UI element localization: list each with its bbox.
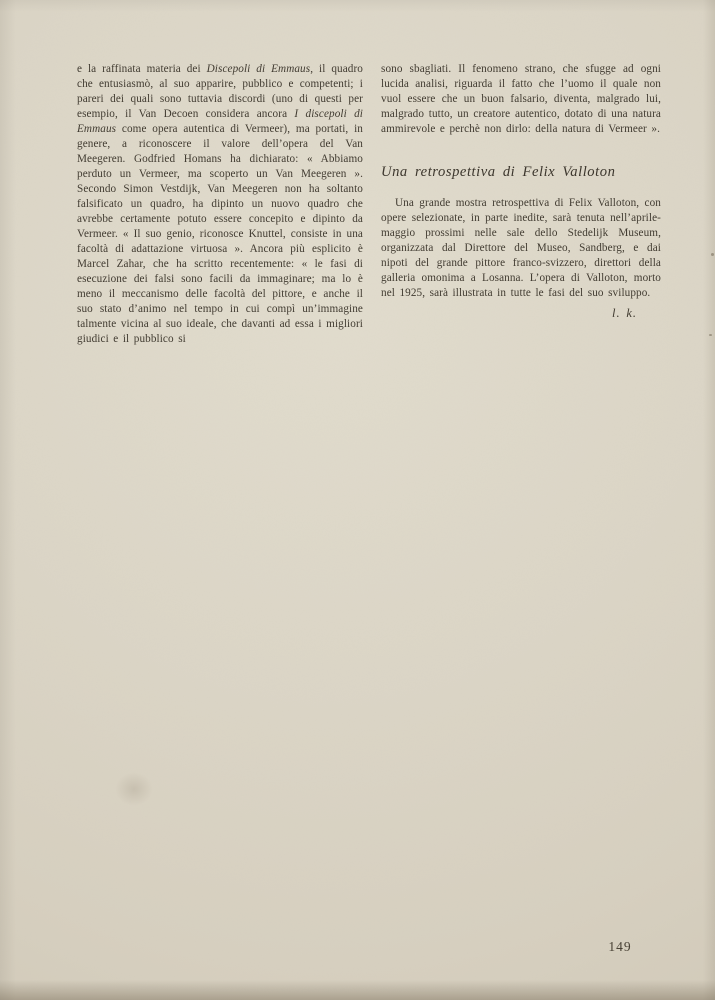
left-text-column: e la raffinata materia dei Discepoli di … xyxy=(77,62,363,347)
right-text-column: sono sbagliati. Il fenomeno strano, che … xyxy=(381,62,661,321)
author-initials: l. k. xyxy=(381,306,661,321)
scan-edge-shadow-top xyxy=(0,0,715,12)
paper-smudge xyxy=(115,772,153,806)
article-body-paragraph: Una grande mostra retrospettiva di Felix… xyxy=(381,196,661,301)
page-number: 149 xyxy=(599,939,641,955)
italic-text-segment: Discepoli di Emmaus xyxy=(207,63,311,75)
section-heading: Una retrospettiva di Felix Valloton xyxy=(381,163,661,182)
scan-edge-shadow-bottom xyxy=(0,980,715,1000)
text-segment: come opera autentica di Vermeer), ma por… xyxy=(77,123,363,345)
scan-edge-shadow-right xyxy=(703,0,715,1000)
scan-edge-shadow-left xyxy=(0,0,16,1000)
continuation-paragraph-right: sono sbagliati. Il fenomeno strano, che … xyxy=(381,62,661,137)
text-segment: e la raffinata materia dei xyxy=(77,63,207,75)
continuation-paragraph-left: e la raffinata materia dei Discepoli di … xyxy=(77,62,363,347)
scanned-magazine-page: e la raffinata materia dei Discepoli di … xyxy=(0,0,715,1000)
